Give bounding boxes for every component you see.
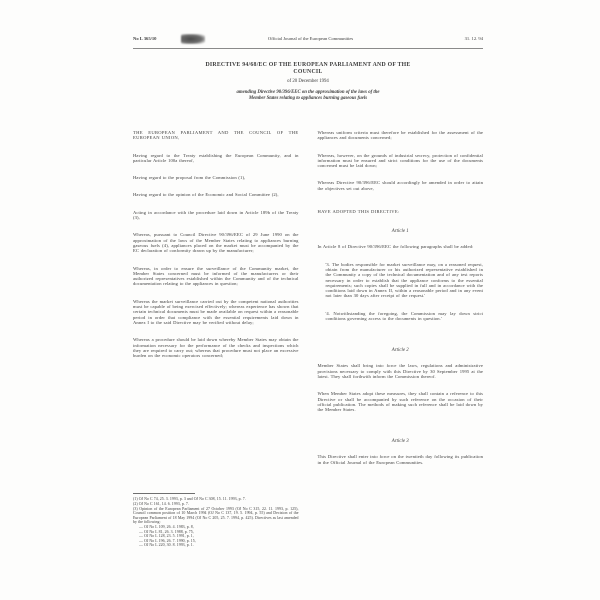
recital-whereas-1: Whereas, pursuant to Council Directive 9…	[133, 232, 299, 253]
directive-subject-line2: Member States relating to appliances bur…	[110, 96, 506, 102]
header-rule	[133, 48, 483, 49]
article-1-heading: Article 1	[318, 229, 484, 234]
article-1-quoted-paragraph-1: '3. The bodies responsible for market su…	[318, 262, 484, 299]
article-2-heading: Article 2	[318, 348, 484, 353]
recital-whereas-2: Whereas, in order to ensure the surveill…	[133, 266, 299, 287]
right-column: Whereas uniform criteria must therefore …	[318, 130, 484, 548]
journal-name: Official Journal of the European Communi…	[268, 36, 353, 48]
recital-whereas-5: Whereas uniform criteria must therefore …	[318, 130, 484, 141]
recital-proposal: Having regard to the proposal from the C…	[133, 175, 299, 180]
footnotes-block: (1) OJ No C 74, 25. 3. 1993, p. 3 and OJ…	[133, 493, 299, 548]
article-2-paragraph-2: When Member States adopt these measures,…	[318, 391, 484, 412]
recital-procedure: Acting in accordance with the procedure …	[133, 210, 299, 221]
recital-whereas-7: Whereas Directive 90/396/EEC should acco…	[318, 180, 484, 191]
recital-whereas-4: Whereas a procedure should be laid down …	[133, 337, 299, 358]
issue-number: No L 365/10	[133, 36, 156, 48]
title-block: DIRECTIVE 94/68/EC OF THE EUROPEAN PARLI…	[110, 62, 506, 102]
recital-whereas-3: Whereas the market surveillance carried …	[133, 299, 299, 325]
recital-opinion: Having regard to the opinion of the Econ…	[133, 192, 299, 197]
recital-whereas-6: Whereas, however, on the grounds of indu…	[318, 153, 484, 169]
article-3-paragraph-1: This Directive shall enter into force on…	[318, 454, 484, 465]
article-1-intro: In Article 8 of Directive 90/396/EEC the…	[318, 244, 484, 249]
preamble-opening: THE EUROPEAN PARLIAMENT AND THE COUNCIL …	[133, 130, 299, 141]
footnote-separator	[133, 493, 195, 494]
page-header: No L 365/10 Official Journal of the Euro…	[133, 36, 483, 48]
directive-title-line2: COUNCIL	[110, 69, 506, 76]
footnote-oj-ref-5: — OJ No L 220, 30. 8. 1993, p. 1.	[133, 543, 299, 548]
footnote-3: (3) Opinion of the European Parliament o…	[133, 507, 299, 525]
enacting-formula: HAVE ADOPTED THIS DIRECTIVE:	[318, 209, 484, 214]
ink-stamp-icon	[181, 34, 205, 44]
directive-date: of 20 December 1994	[110, 79, 506, 85]
body-columns: THE EUROPEAN PARLIAMENT AND THE COUNCIL …	[133, 130, 483, 548]
recital-treaty: Having regard to the Treaty establishing…	[133, 153, 299, 164]
article-2-paragraph-1: Member States shall bring into force the…	[318, 363, 484, 379]
left-column: THE EUROPEAN PARLIAMENT AND THE COUNCIL …	[133, 130, 299, 548]
header-date: 31. 12. 94	[465, 36, 483, 48]
journal-page: No L 365/10 Official Journal of the Euro…	[0, 0, 600, 600]
directive-title-line1: DIRECTIVE 94/68/EC OF THE EUROPEAN PARLI…	[110, 62, 506, 69]
article-1-quoted-paragraph-2: '4. Notwithstanding the foregoing, the C…	[318, 311, 484, 322]
article-3-heading: Article 3	[318, 439, 484, 444]
